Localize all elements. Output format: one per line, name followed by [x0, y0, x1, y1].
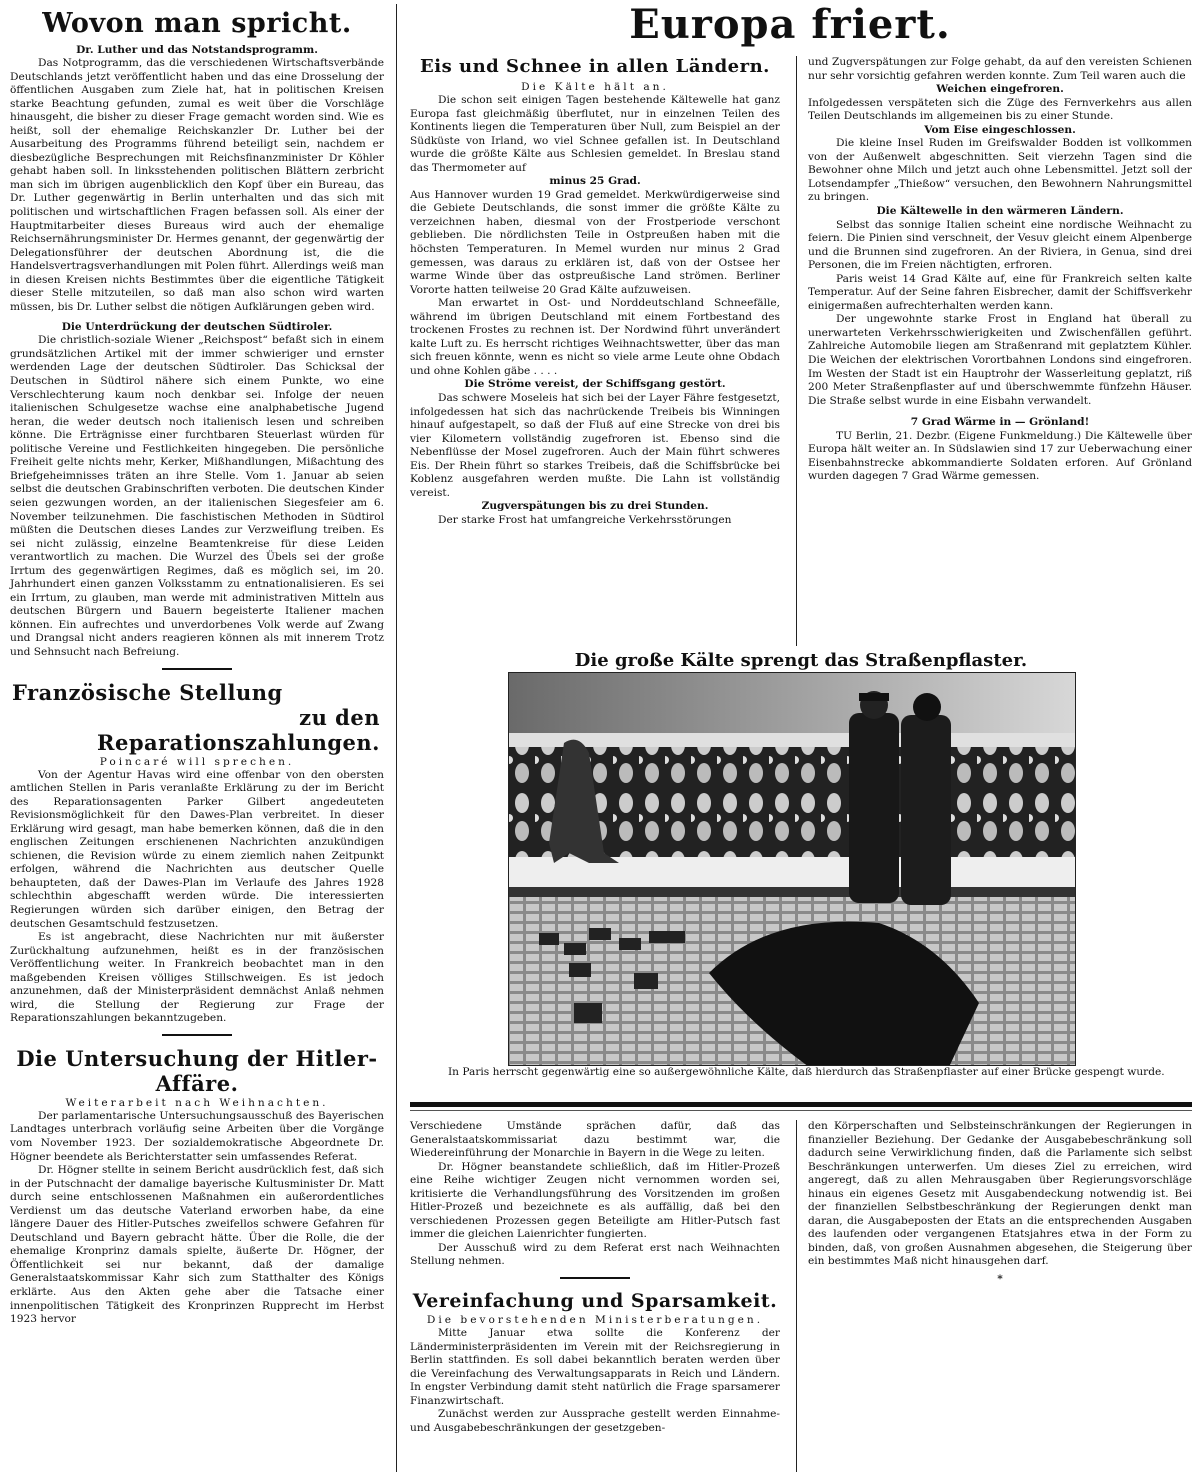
- article-paragraph: Der ungewohnte starke Frost in England h…: [808, 313, 1192, 408]
- article-paragraph: Der starke Frost hat umfangreiche Verkeh…: [410, 514, 780, 528]
- section-title: Wovon man spricht.: [10, 8, 384, 40]
- article-paragraph: Der Ausschuß wird zu dem Referat erst na…: [410, 1242, 780, 1269]
- article-title: Französische Stellung: [10, 680, 384, 705]
- bottom-middle-column: Verschiedene Umstände sprächen dafür, da…: [410, 1120, 780, 1435]
- bottom-right-column: den Körperschaften und Selbsteinschränku…: [808, 1120, 1192, 1287]
- masthead-title: Europa friert.: [560, 2, 1020, 48]
- article-subheading: 7 Grad Wärme in — Grönland!: [808, 416, 1192, 430]
- article-title: Eis und Schnee in allen Ländern.: [410, 56, 780, 78]
- right-column: und Zugverspätungen zur Folge gehabt, da…: [808, 56, 1192, 484]
- left-column: Wovon man spricht. Dr. Luther und das No…: [10, 8, 384, 1327]
- article-paragraph: Zunächst werden zur Aussprache gestellt …: [410, 1408, 780, 1435]
- article-title: zu den Reparationszahlungen.: [10, 705, 384, 755]
- article-paragraph: Verschiedene Umstände sprächen dafür, da…: [410, 1120, 780, 1161]
- article-subtitle: Weiterarbeit nach Weihnachten.: [10, 1096, 384, 1110]
- article-paragraph: Die christlich-soziale Wiener „Reichspos…: [10, 334, 384, 659]
- article-paragraph: Die schon seit einigen Tagen bestehende …: [410, 94, 780, 175]
- photo-illustration: [509, 673, 1076, 1066]
- article-subheading: Weichen eingefroren.: [808, 83, 1192, 97]
- article-subtitle: Die Unterdrückung der deutschen Südtirol…: [10, 320, 384, 334]
- article-subheading: Vom Eise eingeschlossen.: [808, 124, 1192, 138]
- photo-caption: In Paris herrscht gegenwärtig eine so au…: [410, 1066, 1192, 1080]
- divider: [560, 1277, 630, 1279]
- article-subtitle: Poincaré will sprechen.: [10, 755, 384, 769]
- article-subheading: Die Kältewelle in den wärmeren Ländern.: [808, 205, 1192, 219]
- column-rule: [796, 56, 797, 646]
- article-paragraph: Dr. Högner beanstandete schließlich, daß…: [410, 1161, 780, 1242]
- news-photo: [508, 672, 1076, 1066]
- article-paragraph: Das schwere Moseleis hat sich bei der La…: [410, 392, 780, 500]
- photo-title: Die große Kälte sprengt das Straßenpflas…: [410, 650, 1192, 672]
- section-rule: [410, 1110, 1192, 1111]
- article-subtitle: Dr. Luther und das Notstandsprogramm.: [10, 43, 384, 57]
- article-paragraph: Das Notprogramm, das die verschiedenen W…: [10, 57, 384, 314]
- column-rule: [796, 1120, 797, 1472]
- article-paragraph: Man erwartet in Ost- und Norddeutschland…: [410, 297, 780, 378]
- divider: [162, 668, 232, 670]
- section-rule: [410, 1102, 1192, 1107]
- article-subheading: minus 25 Grad.: [410, 175, 780, 189]
- article-subtitle: Die bevorstehenden Ministerberatungen.: [410, 1313, 780, 1327]
- article-paragraph: Aus Hannover wurden 19 Grad gemeldet. Me…: [410, 189, 780, 297]
- divider: [162, 1034, 232, 1036]
- article-paragraph: Der parlamentarische Untersuchungsaussch…: [10, 1110, 384, 1164]
- article-paragraph: Mitte Januar etwa sollte die Konferenz d…: [410, 1327, 780, 1408]
- article-paragraph: TU Berlin, 21. Dezbr. (Eigene Funkmeldun…: [808, 430, 1192, 484]
- article-paragraph: den Körperschaften und Selbsteinschränku…: [808, 1120, 1192, 1269]
- middle-column: Eis und Schnee in allen Ländern. Die Käl…: [410, 56, 780, 528]
- article-subheading: Die Ströme vereist, der Schiffsgang gest…: [410, 378, 780, 392]
- article-paragraph: Paris weist 14 Grad Kälte auf, eine für …: [808, 273, 1192, 314]
- article-paragraph: Es ist angebracht, diese Nachrichten nur…: [10, 931, 384, 1026]
- article-title: Die Untersuchung der Hitler-Affäre.: [10, 1046, 384, 1096]
- article-title: Vereinfachung und Sparsamkeit.: [410, 1289, 780, 1313]
- article-paragraph: Dr. Högner stellte in seinem Bericht aus…: [10, 1164, 384, 1327]
- newspaper-page: Wovon man spricht. Dr. Luther und das No…: [0, 0, 1200, 1476]
- column-rule: [396, 4, 397, 1472]
- article-paragraph: Infolgedessen verspäteten sich die Züge …: [808, 97, 1192, 124]
- article-paragraph: und Zugverspätungen zur Folge gehabt, da…: [808, 56, 1192, 83]
- article-subheading: Zugverspätungen bis zu drei Stunden.: [410, 500, 780, 514]
- article-subtitle: Die Kälte hält an.: [410, 80, 780, 94]
- article-paragraph: Selbst das sonnige Italien scheint eine …: [808, 219, 1192, 273]
- article-paragraph: Die kleine Insel Ruden im Greifswalder B…: [808, 137, 1192, 205]
- end-mark: *: [808, 1273, 1192, 1287]
- article-paragraph: Von der Agentur Havas wird eine offenbar…: [10, 769, 384, 932]
